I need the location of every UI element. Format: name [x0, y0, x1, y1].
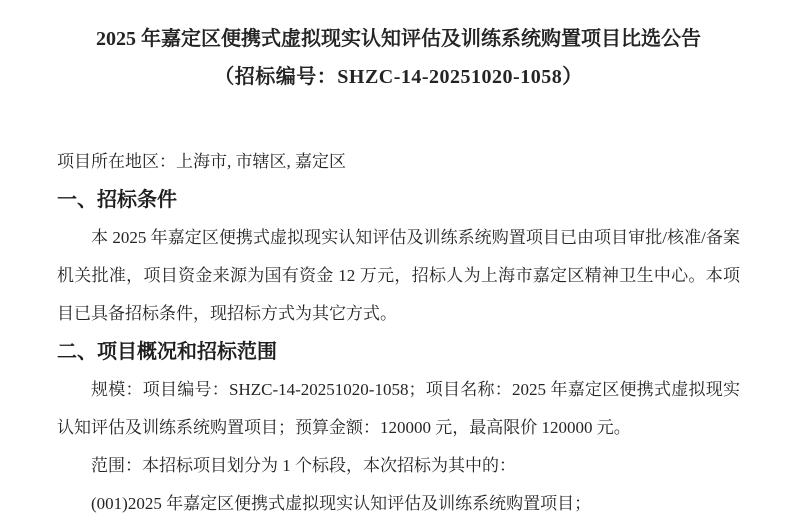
tender-announcement-document: 2025 年嘉定区便携式虚拟现实认知评估及训练系统购置项目比选公告 （招标编号：…	[0, 0, 788, 520]
project-scope-paragraph: 范围：本招标项目划分为 1 个标段，本次招标为其中的：	[57, 447, 740, 485]
announcement-title: 2025 年嘉定区便携式虚拟现实认知评估及训练系统购置项目比选公告	[57, 20, 740, 58]
tender-number-line: （招标编号：SHZC-14-20251020-1058）	[57, 58, 740, 96]
section-heading-tender-conditions: 一、招标条件	[57, 181, 740, 219]
project-location-line: 项目所在地区：上海市, 市辖区, 嘉定区	[57, 143, 740, 181]
project-scale-paragraph: 规模：项目编号：SHZC-14-20251020-1058；项目名称：2025 …	[57, 371, 740, 447]
lot-001-paragraph: (001)2025 年嘉定区便携式虚拟现实认知评估及训练系统购置项目；	[57, 485, 740, 520]
tender-conditions-paragraph: 本 2025 年嘉定区便携式虚拟现实认知评估及训练系统购置项目已由项目审批/核准…	[57, 219, 740, 333]
section-heading-project-overview: 二、项目概况和招标范围	[57, 333, 740, 371]
title-block: 2025 年嘉定区便携式虚拟现实认知评估及训练系统购置项目比选公告 （招标编号：…	[57, 20, 740, 96]
